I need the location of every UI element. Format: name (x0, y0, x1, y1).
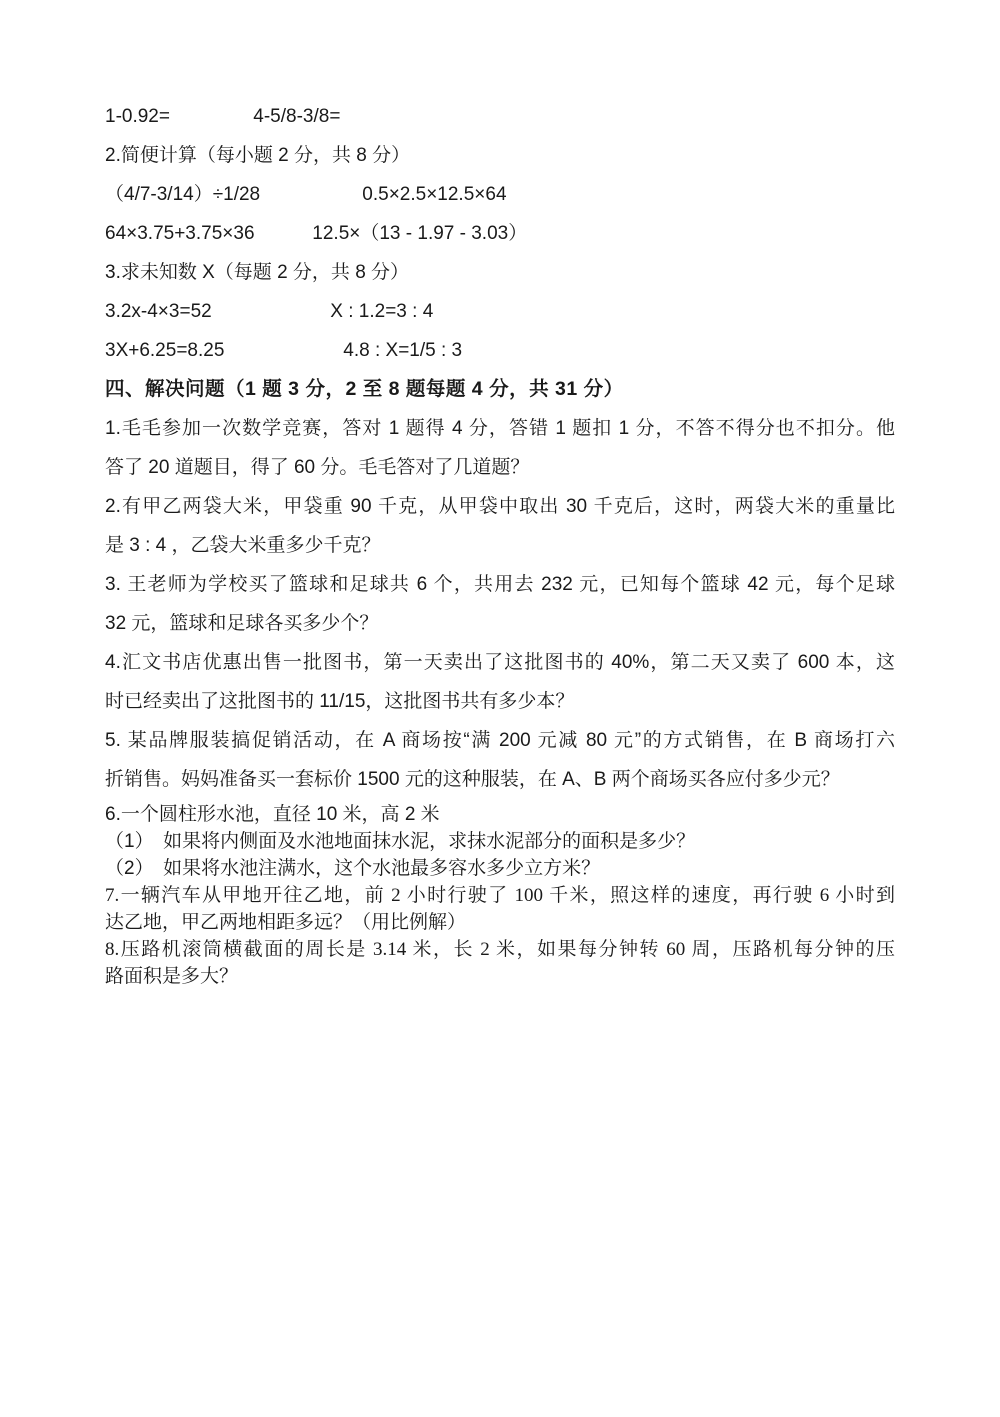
solve-x-row: 3.2x-4×3=52 X : 1.2=3 : 4 (105, 292, 895, 331)
problem-text-line: 4.汇文书店优惠出售一批图书，第一天卖出了这批图书的 40%，第二天又卖了 60… (105, 643, 895, 682)
math-expression: 0.5×2.5×12.5×64 (362, 175, 506, 214)
problem-text-line: 折销售。妈妈准备买一套标价 1500 元的这种服装，在 A、B 两个商场买各应付… (105, 760, 895, 799)
problem-text-line: 1.毛毛参加一次数学竞赛，答对 1 题得 4 分，答错 1 题扣 1 分，不答不… (105, 409, 895, 448)
problem-text-line: 6.一个圆柱形水池，直径 10 米，高 2 米 (105, 801, 895, 828)
problem-text-line: 3. 王老师为学校买了篮球和足球共 6 个，共用去 232 元，已知每个篮球 4… (105, 565, 895, 604)
problem-3: 3. 王老师为学校买了篮球和足球共 6 个，共用去 232 元，已知每个篮球 4… (105, 565, 895, 643)
problem-subitem-line: （1） 如果将内侧面及水池地面抹水泥，求抹水泥部分的面积是多少？ (105, 828, 895, 855)
math-equation: 4.8 : X=1/5 : 3 (343, 331, 462, 370)
math-expression: 64×3.75+3.75×36 (105, 214, 307, 253)
fill-blank-row: 1-0.92= 4-5/8-3/8= (105, 97, 895, 136)
problem-8: 8.压路机滚筒横截面的周长是 3.14 米，长 2 米，如果每分钟转 60 周，… (105, 936, 895, 990)
problem-text-line: 时已经卖出了这批图书的 11/15，这批图书共有多少本？ (105, 682, 895, 721)
problem-6: 6.一个圆柱形水池，直径 10 米，高 2 米 （1） 如果将内侧面及水池地面抹… (105, 801, 895, 882)
exam-paper-page: 1-0.92= 4-5/8-3/8= 2.简便计算（每小题 2 分，共 8 分）… (0, 0, 1000, 1417)
math-expression: 1-0.92= (105, 97, 248, 136)
problem-4: 4.汇文书店优惠出售一批图书，第一天卖出了这批图书的 40%，第二天又卖了 60… (105, 643, 895, 721)
math-expression: 4-5/8-3/8= (253, 97, 340, 136)
problem-text-line: 答了 20 道题目，得了 60 分。毛毛答对了几道题？ (105, 448, 895, 487)
solve-x-heading: 3.求未知数 X（每题 2 分，共 8 分） (105, 253, 895, 292)
math-equation: X : 1.2=3 : 4 (330, 292, 433, 331)
tight-problems-section: 6.一个圆柱形水池，直径 10 米，高 2 米 （1） 如果将内侧面及水池地面抹… (105, 801, 895, 990)
section-4-heading: 四、解决问题（1 题 3 分，2 至 8 题每题 4 分，共 31 分） (105, 370, 895, 409)
problem-2: 2.有甲乙两袋大米，甲袋重 90 千克，从甲袋中取出 30 千克后，这时，两袋大… (105, 487, 895, 565)
math-expression: 12.5×（13 - 1.97 - 3.03） (312, 214, 527, 253)
problem-text-line: 5. 某品牌服装搞促销活动，在 A 商场按“满 200 元减 80 元”的方式销… (105, 721, 895, 760)
problem-7: 7.一辆汽车从甲地开往乙地，前 2 小时行驶了 100 千米，照这样的速度，再行… (105, 882, 895, 936)
problem-text-line: 7.一辆汽车从甲地开往乙地，前 2 小时行驶了 100 千米，照这样的速度，再行… (105, 882, 895, 909)
solve-x-row: 3X+6.25=8.25 4.8 : X=1/5 : 3 (105, 331, 895, 370)
problem-5: 5. 某品牌服装搞促销活动，在 A 商场按“满 200 元减 80 元”的方式销… (105, 721, 895, 799)
problem-text-line: 32 元，篮球和足球各买多少个？ (105, 604, 895, 643)
quick-calc-row: 64×3.75+3.75×36 12.5×（13 - 1.97 - 3.03） (105, 214, 895, 253)
problem-subitem-line: （2） 如果将水池注满水，这个水池最多容水多少立方米？ (105, 855, 895, 882)
math-equation: 3X+6.25=8.25 (105, 331, 338, 370)
math-equation: 3.2x-4×3=52 (105, 292, 325, 331)
problem-text-line: 路面积是多大？ (105, 963, 895, 990)
problem-1: 1.毛毛参加一次数学竞赛，答对 1 题得 4 分，答错 1 题扣 1 分，不答不… (105, 409, 895, 487)
problem-text-line: 8.压路机滚筒横截面的周长是 3.14 米，长 2 米，如果每分钟转 60 周，… (105, 936, 895, 963)
calculation-section: 1-0.92= 4-5/8-3/8= 2.简便计算（每小题 2 分，共 8 分）… (105, 97, 895, 370)
problem-text-line: 是 3 : 4 ，乙袋大米重多少千克？ (105, 526, 895, 565)
problem-text-line: 2.有甲乙两袋大米，甲袋重 90 千克，从甲袋中取出 30 千克后，这时，两袋大… (105, 487, 895, 526)
problem-text-line: 达乙地，甲乙两地相距多远？（用比例解） (105, 909, 895, 936)
math-expression: （4/7-3/14）÷1/28 (105, 175, 357, 214)
quick-calc-row: （4/7-3/14）÷1/28 0.5×2.5×12.5×64 (105, 175, 895, 214)
quick-calc-heading: 2.简便计算（每小题 2 分，共 8 分） (105, 136, 895, 175)
